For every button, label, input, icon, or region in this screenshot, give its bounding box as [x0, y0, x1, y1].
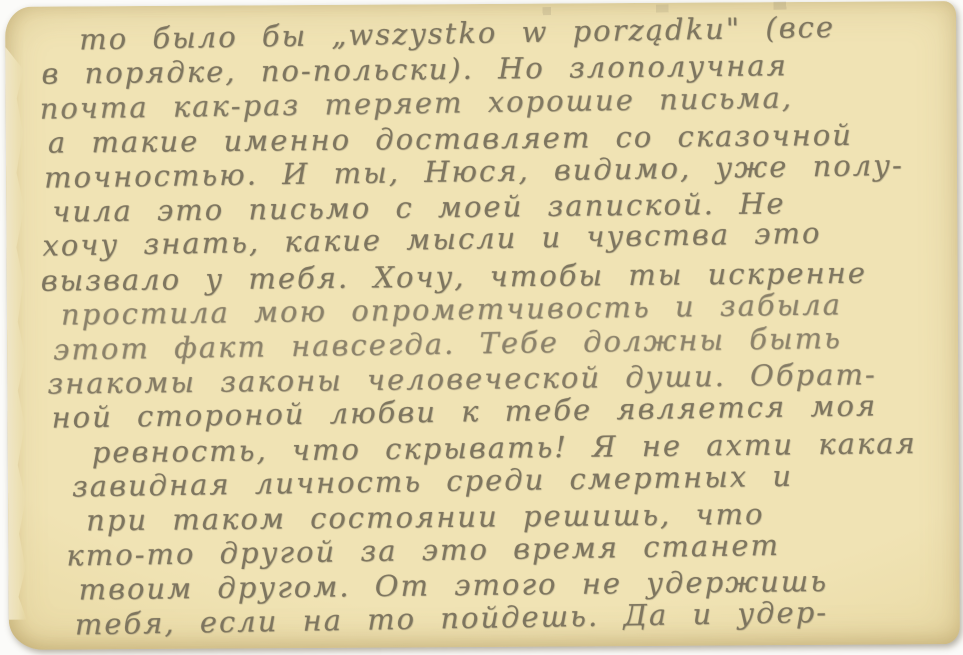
scanned-letter-page: то было бы „wszystko w porządku" (все в …: [0, 0, 963, 655]
handwritten-text-block: то было бы „wszystko w porządku" (все в …: [39, 17, 948, 642]
frayed-left-edge: [5, 47, 26, 620]
letter-paper: то было бы „wszystko w porządku" (все в …: [5, 1, 960, 650]
